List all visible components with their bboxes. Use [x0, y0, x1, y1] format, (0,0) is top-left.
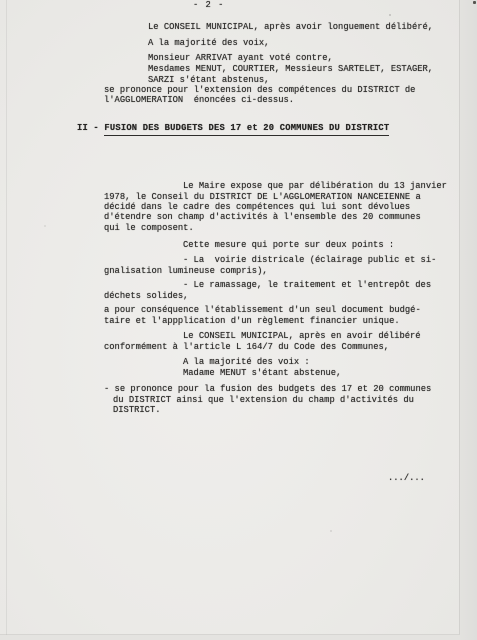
list-item-line: DISTRICT.	[113, 405, 161, 415]
page-edge-bottom	[0, 635, 460, 640]
text-line: l'AGGLOMERATION énoncées ci-dessus.	[104, 95, 294, 105]
scan-speck	[473, 1, 476, 4]
document-page: - 2 - Le CONSEIL MUNICIPAL, après avoir …	[0, 0, 460, 635]
list-item-line: du DISTRICT ainsi que l'extension du cha…	[113, 395, 414, 405]
list-item-line: déchets solides,	[104, 291, 188, 301]
text-line: Le CONSEIL MUNICIPAL, après en avoir dél…	[183, 331, 421, 341]
section-heading-title: FUSION DES BUDGETS DES 17 et 20 COMMUNES…	[104, 123, 389, 136]
text-line: a pour conséquence l'établissement d'un …	[104, 305, 421, 315]
text-line: Mesdames MENUT, COURTIER, Messieurs SART…	[148, 64, 433, 74]
text-line: se prononce pour l'extension des compéte…	[104, 85, 415, 95]
text-line: qui le composent.	[104, 223, 194, 233]
text-line: Monsieur ARRIVAT ayant voté contre,	[148, 53, 333, 63]
list-item-line: - Le ramassage, le traitement et l'entre…	[183, 280, 431, 290]
page-edge-right	[460, 0, 477, 640]
text-line: A la majorité des voix :	[183, 357, 310, 367]
text-line: Cette mesure qui porte sur deux points :	[183, 240, 394, 250]
list-item-line: - La voirie districale (éclairage public…	[183, 255, 436, 265]
scan-speck	[44, 225, 46, 227]
section-heading: II - FUSION DES BUDGETS DES 17 et 20 COM…	[77, 123, 389, 133]
list-item-line: gnalisation lumineuse compris),	[104, 266, 268, 276]
continuation-mark: .../...	[388, 473, 425, 483]
text-line: 1978, le Conseil du DISTRICT DE L'AGGLOM…	[104, 192, 421, 202]
text-line: Le Maire expose que par délibération du …	[183, 181, 447, 191]
text-line: Madame MENUT s'étant abstenue,	[183, 368, 341, 378]
list-item-line: - se prononce pour la fusion des budgets…	[104, 384, 431, 394]
text-line: d'étendre son champ d'activités à l'ense…	[104, 212, 421, 222]
text-line: taire et l'appplication d'un règlement f…	[104, 316, 400, 326]
scanned-document: - 2 - Le CONSEIL MUNICIPAL, après avoir …	[0, 0, 477, 640]
text-line: conformément à l'article L 164/7 du Code…	[104, 342, 389, 352]
text-line: décidé dans le cadre des compétences qui…	[104, 202, 410, 212]
text-line: A la majorité des voix,	[148, 38, 269, 48]
scan-speck	[330, 530, 332, 532]
page-number: - 2 -	[193, 0, 224, 10]
section-heading-number: II -	[77, 123, 104, 133]
page-left-edge	[6, 0, 7, 640]
text-line: Le CONSEIL MUNICIPAL, après avoir longue…	[148, 22, 433, 32]
text-line: SARZI s'étant abstenus,	[148, 75, 269, 85]
scan-speck	[389, 14, 391, 16]
